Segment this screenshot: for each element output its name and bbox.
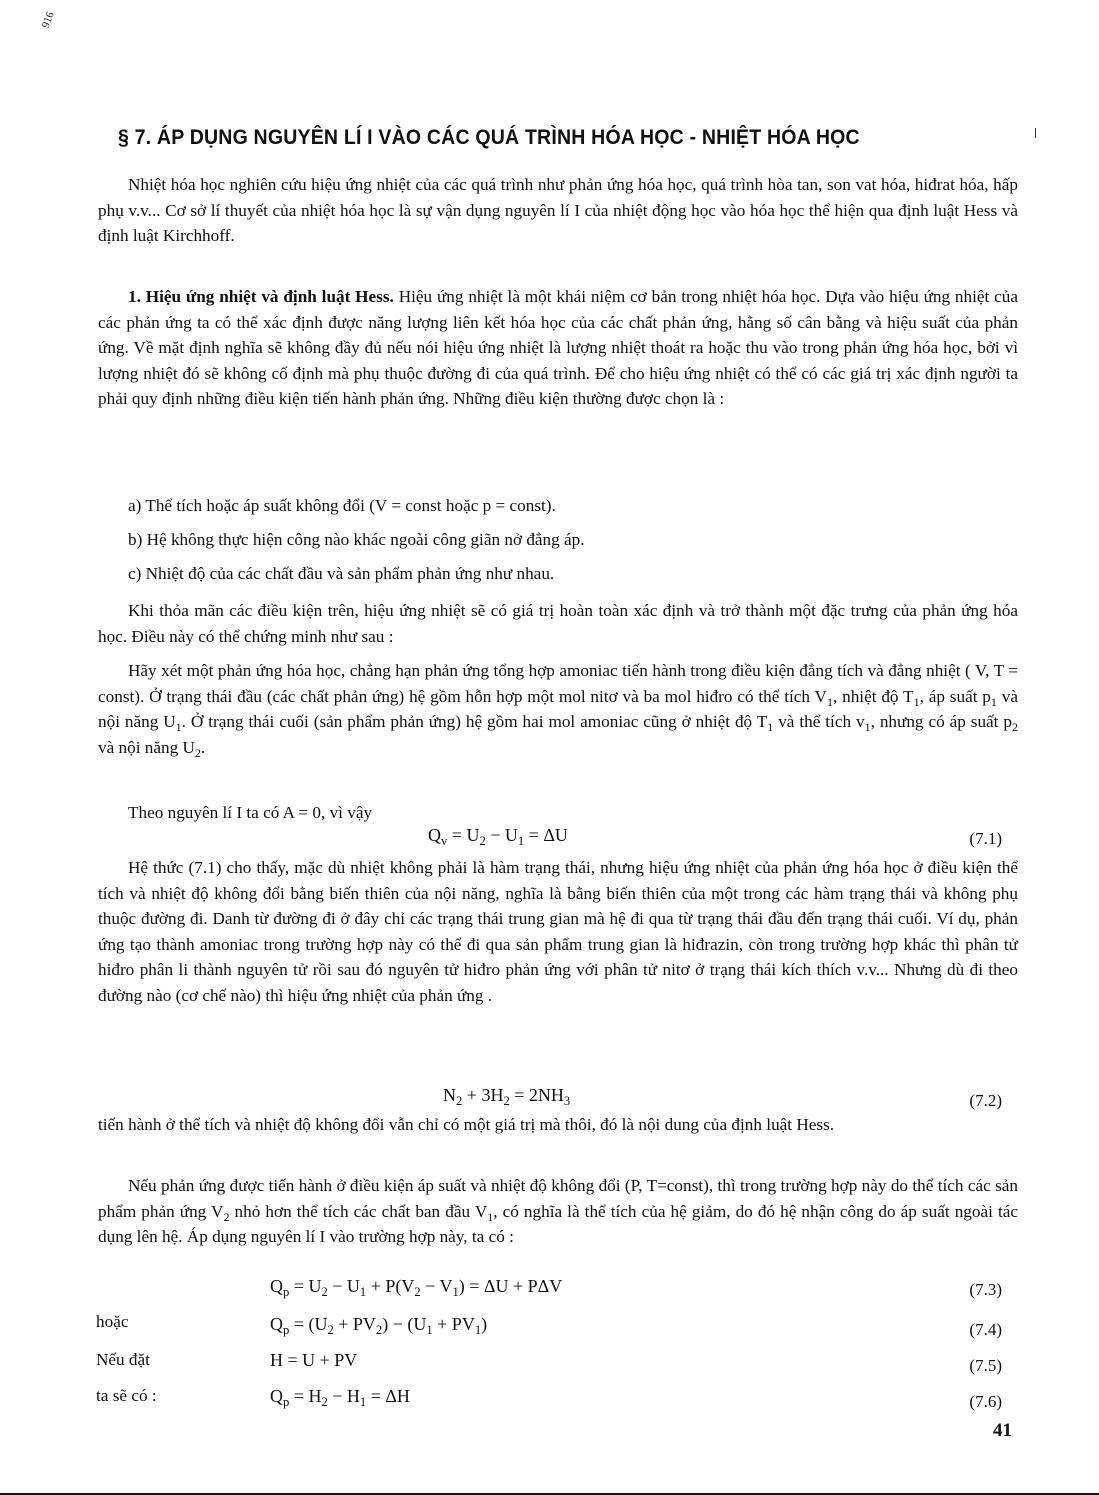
- tien-hanh-text: tiến hành ở thể tích và nhiệt độ không đ…: [98, 1112, 1018, 1138]
- equation-7-5: H = U + PV: [270, 1350, 357, 1371]
- equation-number-7-3: (7.3): [969, 1280, 1002, 1300]
- satisfied-paragraph: Khi thỏa mãn các điều kiện trên, hiệu ứn…: [98, 598, 1018, 649]
- neu-phan-ung-text: Nếu phản ứng được tiến hành ở điều kiện …: [98, 1173, 1018, 1250]
- section-title: § 7. ÁP DỤNG NGUYÊN LÍ I VÀO CÁC QUÁ TRÌ…: [118, 126, 955, 150]
- hess-heading: 1. Hiệu ứng nhiệt và định luật Hess.: [128, 287, 394, 306]
- page-number: 41: [993, 1420, 1012, 1442]
- equation-7-1: Qv = U2 − U1 = ΔU: [428, 825, 568, 846]
- example-text: Hãy xét một phản ứng hóa học, chẳng hạn …: [98, 658, 1018, 760]
- margin-mark: [1035, 128, 1036, 138]
- tien-hanh-paragraph: tiến hành ở thể tích và nhiệt độ không đ…: [98, 1112, 1018, 1138]
- corner-annotation: 916: [40, 10, 57, 30]
- example-paragraph: Hãy xét một phản ứng hóa học, chẳng hạn …: [98, 658, 1018, 760]
- equation-7-3: Qp = U2 − U1 + P(V2 − V1) = ΔU + PΔV: [270, 1276, 562, 1297]
- equation-number-7-2: (7.2): [969, 1091, 1002, 1111]
- he-thuc-text: Hệ thức (7.1) cho thấy, mặc dù nhiệt khô…: [98, 855, 1018, 1009]
- equation-label-neu-dat: Nếu đặt: [96, 1350, 150, 1370]
- condition-a: a) Thể tích hoặc áp suất không đổi (V = …: [128, 496, 556, 516]
- equation-7-4: Qp = (U2 + PV2) − (U1 + PV1): [270, 1314, 487, 1335]
- condition-b: b) Hệ không thực hiện công nào khác ngoà…: [128, 530, 585, 550]
- he-thuc-paragraph: Hệ thức (7.1) cho thấy, mặc dù nhiệt khô…: [98, 855, 1018, 1009]
- condition-c: c) Nhiệt độ của các chất đầu và sản phẩm…: [128, 564, 554, 584]
- equation-7-6: Qp = H2 − H1 = ΔH: [270, 1386, 410, 1407]
- equation-number-7-5: (7.5): [969, 1356, 1002, 1376]
- equation-number-7-1: (7.1): [969, 829, 1002, 849]
- intro-paragraph: Nhiệt hóa học nghiên cứu hiệu ứng nhiệt …: [98, 172, 1018, 249]
- hess-paragraph: 1. Hiệu ứng nhiệt và định luật Hess. Hiệ…: [98, 284, 1018, 412]
- equation-number-7-6: (7.6): [969, 1392, 1002, 1412]
- equation-label-ta-se-co: ta sẽ có :: [96, 1386, 157, 1406]
- equation-number-7-4: (7.4): [969, 1320, 1002, 1340]
- neu-phan-ung-paragraph: Nếu phản ứng được tiến hành ở điều kiện …: [98, 1173, 1018, 1250]
- theo-text: Theo nguyên lí I ta có A = 0, vì vậy: [98, 800, 1018, 826]
- hess-text: 1. Hiệu ứng nhiệt và định luật Hess. Hiệ…: [98, 284, 1018, 412]
- theo-paragraph: Theo nguyên lí I ta có A = 0, vì vậy: [98, 800, 1018, 826]
- equation-label-hoac: hoặc: [96, 1312, 128, 1332]
- intro-text: Nhiệt hóa học nghiên cứu hiệu ứng nhiệt …: [98, 172, 1018, 249]
- equation-7-2: N2 + 3H2 = 2NH3: [443, 1085, 570, 1106]
- satisfied-text: Khi thỏa mãn các điều kiện trên, hiệu ứn…: [98, 598, 1018, 649]
